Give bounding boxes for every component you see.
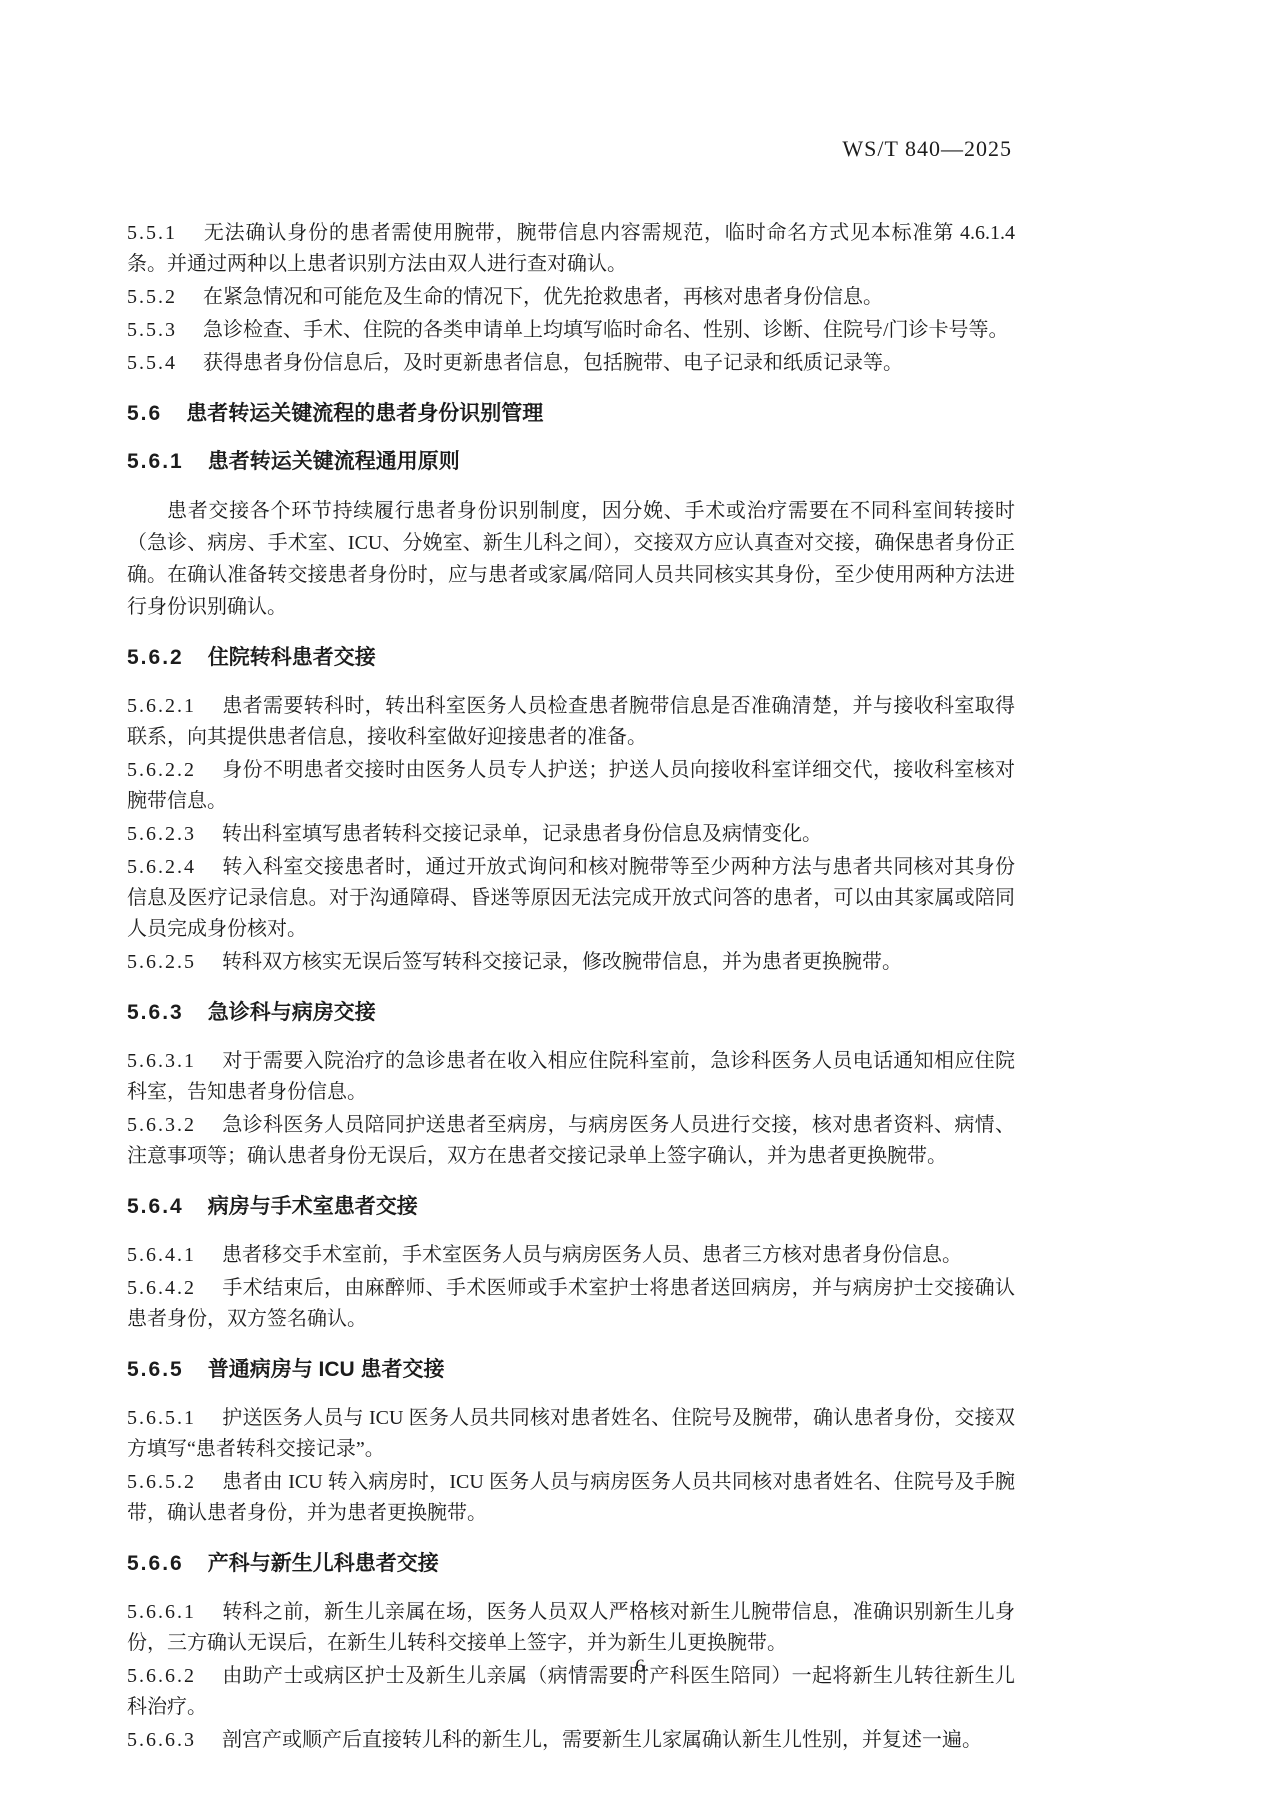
heading-text: 患者转运关键流程通用原则 xyxy=(208,450,460,473)
clause-5-5-3: 5.5.3急诊检查、手术、住院的各类申请单上均填写临时命名、性别、诊断、住院号/… xyxy=(127,315,1015,346)
clause-text: 转出科室填写患者转科交接记录单，记录患者身份信息及病情变化。 xyxy=(222,823,822,845)
clause-5-6-4-2: 5.6.4.2手术结束后，由麻醉师、手术医师或手术室护士将患者送回病房，并与病房… xyxy=(127,1273,1015,1335)
clause-number: 5.6.6.3 xyxy=(127,1729,196,1751)
clause-number: 5.6.5.2 xyxy=(127,1471,196,1493)
clause-5-6-2-4: 5.6.2.4转入科室交接患者时，通过开放式询问和核对腕带等至少两种方法与患者共… xyxy=(127,852,1015,945)
clause-5-5-4: 5.5.4获得患者身份信息后，及时更新患者信息，包括腕带、电子记录和纸质记录等。 xyxy=(127,348,1015,379)
heading-number: 5.6.4 xyxy=(127,1195,184,1218)
paragraph-general-principles: 患者交接各个环节持续履行患者身份识别制度，因分娩、手术或治疗需要在不同科室间转接… xyxy=(127,495,1015,623)
heading-text: 急诊科与病房交接 xyxy=(208,1001,376,1024)
heading-text: 住院转科患者交接 xyxy=(208,646,376,669)
clause-text: 急诊检查、手术、住院的各类申请单上均填写临时命名、性别、诊断、住院号/门诊卡号等… xyxy=(203,319,1009,341)
clause-number: 5.5.4 xyxy=(127,352,177,374)
heading-text: 病房与手术室患者交接 xyxy=(208,1195,418,1218)
heading-number: 5.6.2 xyxy=(127,646,184,669)
clause-text: 无法确认身份的患者需使用腕带，腕带信息内容需规范，临时命名方式见本标准第 4.6… xyxy=(127,222,1015,275)
clause-5-6-4-1: 5.6.4.1患者移交手术室前，手术室医务人员与病房医务人员、患者三方核对患者身… xyxy=(127,1240,1015,1271)
clause-text: 急诊科医务人员陪同护送患者至病房，与病房医务人员进行交接，核对患者资料、病情、注… xyxy=(127,1114,1015,1167)
clause-text: 患者由 ICU 转入病房时，ICU 医务人员与病房医务人员共同核对患者姓名、住院… xyxy=(127,1471,1015,1524)
clause-text: 转入科室交接患者时，通过开放式询问和核对腕带等至少两种方法与患者共同核对其身份信… xyxy=(127,856,1015,940)
clause-number: 5.6.2.1 xyxy=(127,695,196,717)
clause-5-6-6-3: 5.6.6.3剖宫产或顺产后直接转儿科的新生儿，需要新生儿家属确认新生儿性别，并… xyxy=(127,1725,1015,1756)
clause-number: 5.6.6.1 xyxy=(127,1601,196,1623)
clause-5-6-2-5: 5.6.2.5转科双方核实无误后签写转科交接记录，修改腕带信息，并为患者更换腕带… xyxy=(127,947,1015,978)
section-heading-5-6-6: 5.6.6产科与新生儿科患者交接 xyxy=(127,1551,1015,1577)
document-reference-number: WS/T 840—2025 xyxy=(842,136,1012,162)
clause-number: 5.6.5.1 xyxy=(127,1407,196,1429)
clause-number: 5.6.4.2 xyxy=(127,1277,196,1299)
heading-number: 5.6.5 xyxy=(127,1358,184,1381)
heading-text: 普通病房与 ICU 患者交接 xyxy=(208,1358,445,1381)
section-heading-5-6-1: 5.6.1患者转运关键流程通用原则 xyxy=(127,449,1015,475)
clause-5-6-3-1: 5.6.3.1对于需要入院治疗的急诊患者在收入相应住院科室前，急诊科医务人员电话… xyxy=(127,1046,1015,1108)
clause-number: 5.6.3.1 xyxy=(127,1050,196,1072)
clause-number: 5.6.3.2 xyxy=(127,1114,196,1136)
clause-number: 5.6.4.1 xyxy=(127,1244,196,1266)
section-heading-5-6: 5.6患者转运关键流程的患者身份识别管理 xyxy=(127,401,1015,427)
section-heading-5-6-2: 5.6.2住院转科患者交接 xyxy=(127,645,1015,671)
section-heading-5-6-4: 5.6.4病房与手术室患者交接 xyxy=(127,1194,1015,1220)
clause-5-6-2-2: 5.6.2.2身份不明患者交接时由医务人员专人护送；护送人员向接收科室详细交代，… xyxy=(127,755,1015,817)
clause-number: 5.6.2.5 xyxy=(127,951,196,973)
clause-number: 5.5.3 xyxy=(127,319,177,341)
clause-number: 5.5.1 xyxy=(127,222,177,244)
clause-number: 5.6.2.3 xyxy=(127,823,196,845)
heading-text: 患者转运关键流程的患者身份识别管理 xyxy=(186,402,543,425)
heading-number: 5.6.1 xyxy=(127,450,184,473)
clause-text: 获得患者身份信息后，及时更新患者信息，包括腕带、电子记录和纸质记录等。 xyxy=(203,352,903,374)
clause-5-6-5-2: 5.6.5.2患者由 ICU 转入病房时，ICU 医务人员与病房医务人员共同核对… xyxy=(127,1467,1015,1529)
clause-text: 患者需要转科时，转出科室医务人员检查患者腕带信息是否准确清楚，并与接收科室取得联… xyxy=(127,695,1015,748)
clause-text: 剖宫产或顺产后直接转儿科的新生儿，需要新生儿家属确认新生儿性别，并复述一遍。 xyxy=(222,1729,982,1751)
clause-text: 转科之前，新生儿亲属在场，医务人员双人严格核对新生儿腕带信息，准确识别新生儿身份… xyxy=(127,1601,1015,1654)
clause-number: 5.6.2.2 xyxy=(127,759,196,781)
document-page: WS/T 840—2025 5.5.1无法确认身份的患者需使用腕带，腕带信息内容… xyxy=(0,0,1280,1810)
clause-number: 5.6.2.4 xyxy=(127,856,196,878)
heading-number: 5.6.6 xyxy=(127,1552,184,1575)
section-heading-5-6-3: 5.6.3急诊科与病房交接 xyxy=(127,1000,1015,1026)
heading-number: 5.6.3 xyxy=(127,1001,184,1024)
clause-5-5-2: 5.5.2在紧急情况和可能危及生命的情况下，优先抢救患者，再核对患者身份信息。 xyxy=(127,282,1015,313)
clause-text: 在紧急情况和可能危及生命的情况下，优先抢救患者，再核对患者身份信息。 xyxy=(203,286,883,308)
clause-text: 护送医务人员与 ICU 医务人员共同核对患者姓名、住院号及腕带，确认患者身份，交… xyxy=(127,1407,1015,1460)
clause-text: 对于需要入院治疗的急诊患者在收入相应住院科室前，急诊科医务人员电话通知相应住院科… xyxy=(127,1050,1015,1103)
clause-5-6-2-1: 5.6.2.1患者需要转科时，转出科室医务人员检查患者腕带信息是否准确清楚，并与… xyxy=(127,691,1015,753)
document-body: 5.5.1无法确认身份的患者需使用腕带，腕带信息内容需规范，临时命名方式见本标准… xyxy=(127,218,1015,1758)
clause-5-6-2-3: 5.6.2.3转出科室填写患者转科交接记录单，记录患者身份信息及病情变化。 xyxy=(127,819,1015,850)
clause-number: 5.5.2 xyxy=(127,286,177,308)
section-heading-5-6-5: 5.6.5普通病房与 ICU 患者交接 xyxy=(127,1357,1015,1383)
clause-5-5-1: 5.5.1无法确认身份的患者需使用腕带，腕带信息内容需规范，临时命名方式见本标准… xyxy=(127,218,1015,280)
page-number: 6 xyxy=(0,1656,1280,1678)
clause-text: 转科双方核实无误后签写转科交接记录，修改腕带信息，并为患者更换腕带。 xyxy=(222,951,902,973)
clause-text: 患者移交手术室前，手术室医务人员与病房医务人员、患者三方核对患者身份信息。 xyxy=(222,1244,962,1266)
clause-text: 身份不明患者交接时由医务人员专人护送；护送人员向接收科室详细交代，接收科室核对腕… xyxy=(127,759,1015,812)
clause-5-6-6-1: 5.6.6.1转科之前，新生儿亲属在场，医务人员双人严格核对新生儿腕带信息，准确… xyxy=(127,1597,1015,1659)
clause-5-6-3-2: 5.6.3.2急诊科医务人员陪同护送患者至病房，与病房医务人员进行交接，核对患者… xyxy=(127,1110,1015,1172)
clause-text: 手术结束后，由麻醉师、手术医师或手术室护士将患者送回病房，并与病房护士交接确认患… xyxy=(127,1277,1015,1330)
clause-5-6-5-1: 5.6.5.1护送医务人员与 ICU 医务人员共同核对患者姓名、住院号及腕带，确… xyxy=(127,1403,1015,1465)
heading-text: 产科与新生儿科患者交接 xyxy=(208,1552,439,1575)
heading-number: 5.6 xyxy=(127,402,162,425)
